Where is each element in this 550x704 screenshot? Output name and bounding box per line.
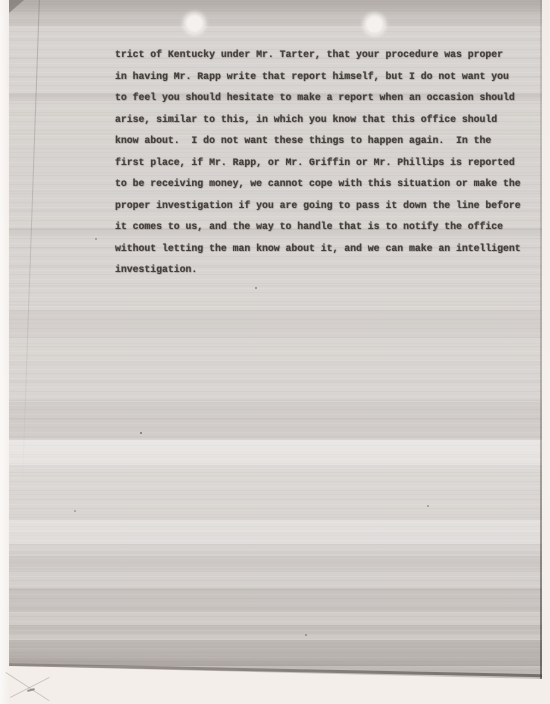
document-scan: trict of Kentucky under Mr. Tarter, that… (0, 0, 550, 704)
typed-line: proper investigation if you are going to… (115, 195, 539, 217)
typed-line: without letting the man know about it, a… (115, 238, 539, 260)
typed-line: know about. I do not want these things t… (115, 130, 539, 152)
page-right-edge (540, 0, 542, 679)
typed-line: to feel you should hesitate to make a re… (115, 87, 539, 109)
punch-hole-left (185, 14, 204, 33)
typed-line: investigation. (115, 259, 539, 281)
scanned-page: trict of Kentucky under Mr. Tarter, that… (9, 0, 542, 679)
typed-line: first place, if Mr. Rapp, or Mr. Griffin… (115, 152, 539, 174)
dust-specks (9, 0, 11, 2)
typed-line: it comes to us, and the way to handle th… (115, 216, 539, 238)
typed-line: trict of Kentucky under Mr. Tarter, that… (115, 44, 539, 66)
typed-line: to be receiving money, we cannot cope wi… (115, 173, 539, 195)
typed-line: arise, similar to this, in which you kno… (115, 109, 539, 131)
typed-text-block: trict of Kentucky under Mr. Tarter, that… (115, 44, 539, 281)
typed-line: in having Mr. Rapp write that report him… (115, 66, 539, 88)
punch-hole-right (365, 15, 384, 34)
